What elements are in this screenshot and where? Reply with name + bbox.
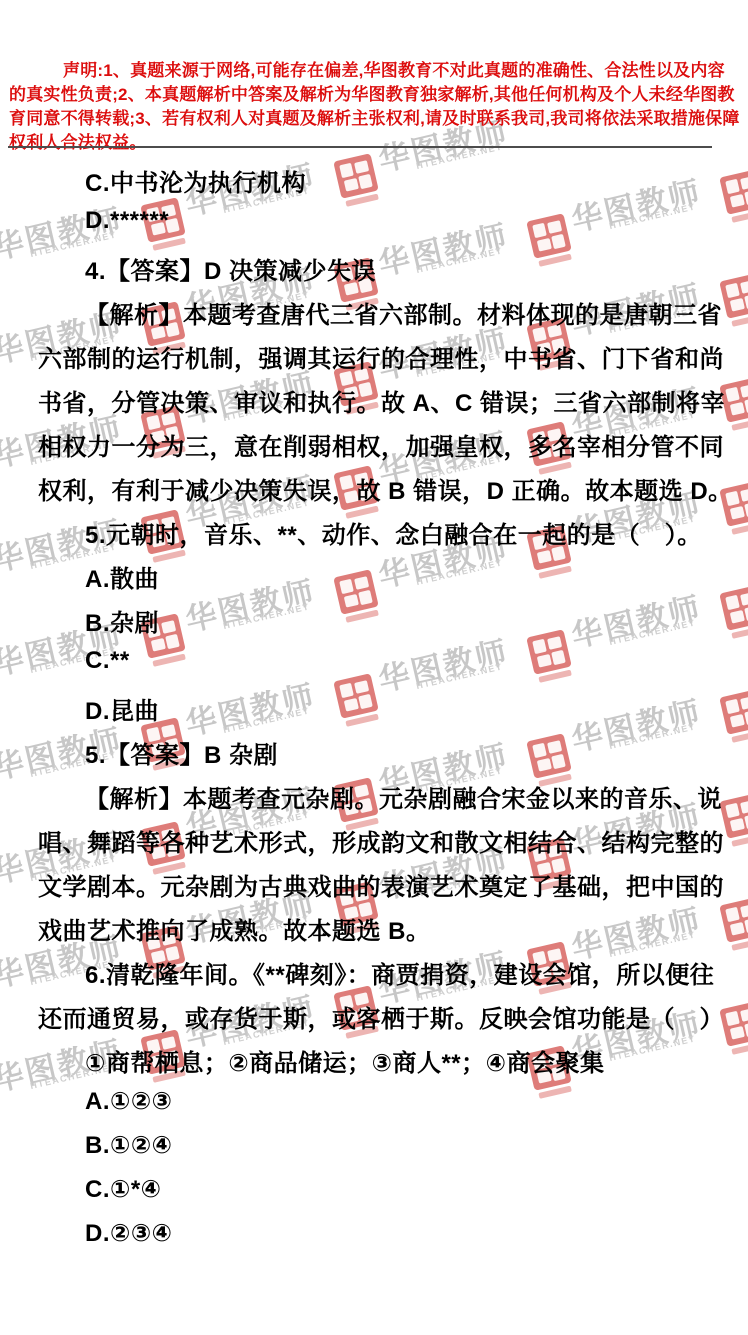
option-line: D.②③④ [85,1219,172,1248]
analysis-line: 文学剧本。元杂剧为古典戏曲的表演艺术奠定了基础，把中国的 [38,867,724,902]
question-stem-line: 还而通贸易，或存货于斯，或客栖于斯。反映会馆功能是（ ） [38,999,724,1034]
option-line: B.①②④ [85,1131,172,1160]
analysis-line: 书省，分管决策、审议和执行。故 A、C 错误；三省六部制将宰 [38,383,725,418]
analysis-line: 六部制的运行机制，强调其运行的合理性，中书省、门下省和尚 [38,339,724,374]
document-page: 华图教师HTEACHER.NET华图教师HTEACHER.NET华图教师HTEA… [0,0,748,1335]
option-line: B.杂剧 [85,603,159,638]
option-line: A.散曲 [85,559,159,594]
analysis-line: 唱、舞蹈等各种艺术形式，形成韵文和散文相结合、结构完整的 [38,823,724,858]
question-stem-line: 5.元朝时，音乐、**、动作、念白融合在一起的是（ ）。 [85,515,702,550]
question-items-line: ①商帮栖息；②商品储运；③商人**；④商会聚集 [85,1043,604,1078]
option-line: C.** [85,647,130,675]
option-line: C.①*④ [85,1175,161,1204]
exam-content: C.中书沦为执行机构D.******4.【答案】D 决策减少失误【解析】本题考查… [0,0,748,1335]
option-line: A.①②③ [85,1087,172,1116]
option-line: D.昆曲 [85,691,159,726]
answer-line: 4.【答案】D 决策减少失误 [85,251,376,286]
option-line: D.****** [85,207,169,235]
analysis-line: 【解析】本题考查唐代三省六部制。材料体现的是唐朝三省 [85,295,722,330]
question-stem-line: 6.清乾隆年间。《**碑刻》：商贾捐资，建设会馆，所以便往 [85,955,714,990]
option-line: C.中书沦为执行机构 [85,163,306,198]
analysis-line: 权利，有利于减少决策失误，故 B 错误，D 正确。故本题选 D。 [38,471,733,506]
analysis-line: 【解析】本题考查元杂剧。元杂剧融合宋金以来的音乐、说 [85,779,722,814]
analysis-line: 戏曲艺术推向了成熟。故本题选 B。 [38,911,431,946]
answer-line: 5.【答案】B 杂剧 [85,735,278,770]
analysis-line: 相权力一分为三，意在削弱相权，加强皇权，多名宰相分管不同 [38,427,724,462]
